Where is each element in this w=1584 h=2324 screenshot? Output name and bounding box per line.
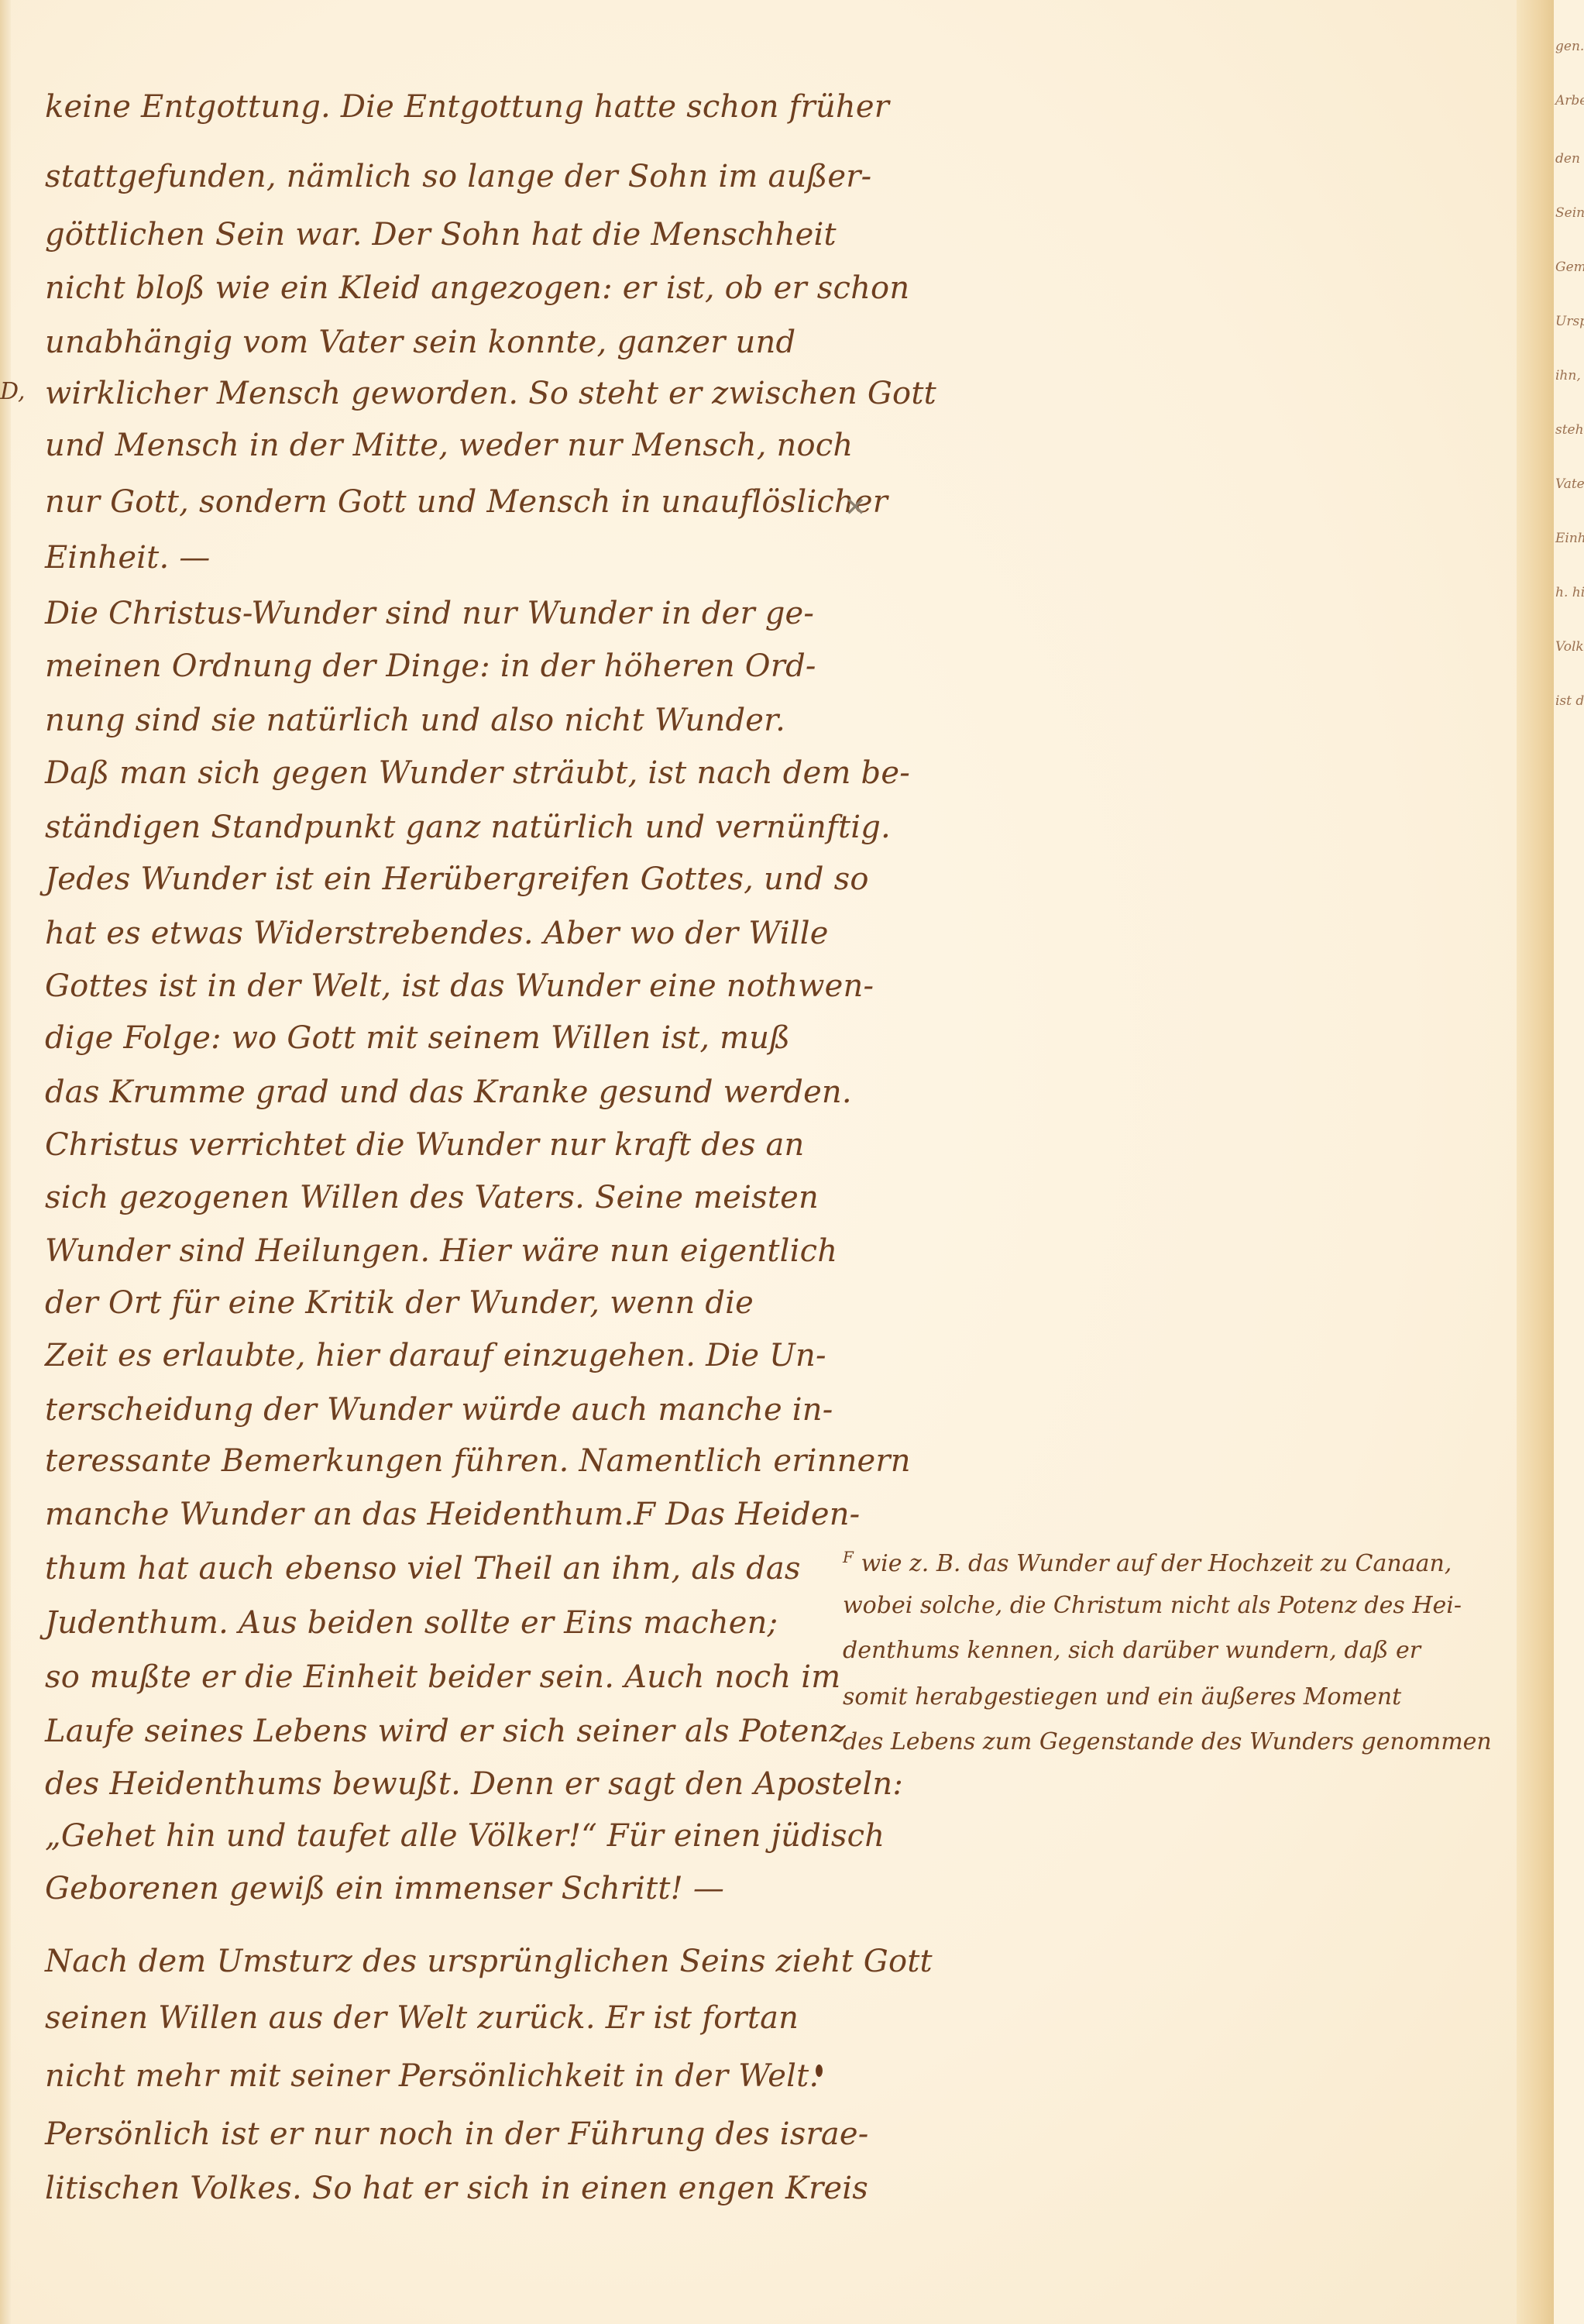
text-line: Die Christus-Wunder sind nur Wunder in d… bbox=[45, 598, 814, 629]
footnote-line: F wie z. B. das Wunder auf der Hochzeit … bbox=[843, 1549, 1452, 1576]
text-line: unabhängig vom Vater sein konnte, ganzer… bbox=[45, 327, 795, 358]
text-line: Gottes ist in der Welt, ist das Wunder e… bbox=[45, 971, 874, 1002]
next-page-fragment: Arbeit bbox=[1555, 93, 1584, 108]
book-gutter bbox=[1517, 0, 1554, 2324]
next-page-fragment: Volke bbox=[1555, 639, 1584, 655]
text-line: teressante Bemerkungen führen. Namentlic… bbox=[45, 1446, 911, 1477]
text-line: wirklicher Mensch geworden. So steht er … bbox=[45, 378, 936, 409]
text-line: sich gezogenen Willen des Vaters. Seine … bbox=[45, 1182, 819, 1213]
next-page-fragment: Ursprün bbox=[1555, 314, 1584, 329]
text-line: Einheit. — bbox=[45, 542, 210, 573]
text-line: seinen Willen aus der Welt zurück. Er is… bbox=[45, 2003, 799, 2033]
next-page-fragment: Sein b bbox=[1555, 205, 1584, 221]
next-page-fragment: Einheit bbox=[1555, 531, 1584, 546]
text-line: manche Wunder an das Heidenthum.F Das He… bbox=[45, 1499, 860, 1530]
text-line: meinen Ordnung der Dinge: in der höheren… bbox=[45, 651, 816, 682]
text-line: „Gehet hin und taufet alle Völker!“ Für … bbox=[45, 1820, 885, 1851]
text-line: Laufe seines Lebens wird er sich seiner … bbox=[45, 1716, 846, 1747]
text-line: der Ort für eine Kritik der Wunder, wenn… bbox=[45, 1287, 754, 1318]
footnote-marker: F bbox=[843, 1548, 854, 1566]
text-line: hat es etwas Widerstrebendes. Aber wo de… bbox=[45, 918, 829, 949]
text-line: thum hat auch ebenso viel Theil an ihm, … bbox=[45, 1553, 801, 1584]
next-page-fragment: Vater R bbox=[1555, 476, 1584, 492]
text-line: litischen Volkes. So hat er sich in eine… bbox=[45, 2173, 868, 2204]
next-page-fragment: h. hin- bbox=[1555, 585, 1584, 600]
text-line: Judenthum. Aus beiden sollte er Eins mac… bbox=[45, 1607, 778, 1638]
text-line: dige Folge: wo Gott mit seinem Willen is… bbox=[45, 1023, 790, 1054]
text-line: Daß man sich gegen Wunder sträubt, ist n… bbox=[45, 758, 910, 789]
text-line: so mußte er die Einheit beider sein. Auc… bbox=[45, 1662, 840, 1693]
next-page-fragment: den Pro bbox=[1555, 151, 1584, 167]
next-page-fragment: steht u bbox=[1555, 422, 1584, 438]
text-line: Christus verrichtet die Wunder nur kraft… bbox=[45, 1129, 805, 1160]
text-line: Nach dem Umsturz des ursprünglichen Sein… bbox=[45, 1946, 933, 1977]
text-line: nung sind sie natürlich und also nicht W… bbox=[45, 705, 785, 736]
text-line: keine Entgottung. Die Entgottung hatte s… bbox=[45, 91, 889, 122]
text-line: des Heidenthums bewußt. Denn er sagt den… bbox=[45, 1769, 903, 1800]
left-margin-mark: D, bbox=[0, 378, 26, 405]
footnote-line: denthums kennen, sich darüber wundern, d… bbox=[843, 1639, 1421, 1662]
ink-blot bbox=[816, 2064, 823, 2077]
text-line: ständigen Standpunkt ganz natürlich und … bbox=[45, 812, 891, 843]
footnote-line: wobei solche, die Christum nicht als Pot… bbox=[843, 1594, 1462, 1618]
margin-footnote: F wie z. B. das Wunder auf der Hochzeit … bbox=[837, 0, 1518, 2324]
text-line: das Krumme grad und das Kranke gesund we… bbox=[45, 1077, 852, 1108]
text-line: nur Gott, sondern Gott und Mensch in una… bbox=[45, 486, 888, 517]
footnote-line: somit herabgestiegen und ein äußeres Mom… bbox=[843, 1686, 1401, 1709]
next-page-fragment: gen. D bbox=[1555, 39, 1584, 54]
text-line: und Mensch in der Mitte, weder nur Mensc… bbox=[45, 430, 853, 461]
text-line: terscheidung der Wunder würde auch manch… bbox=[45, 1394, 833, 1425]
text-line: Zeit es erlaubte, hier darauf einzugehen… bbox=[45, 1340, 826, 1371]
text-line: Jedes Wunder ist ein Herübergreifen Gott… bbox=[45, 864, 869, 895]
footnote-text: wie z. B. das Wunder auf der Hochzeit zu… bbox=[861, 1550, 1452, 1577]
text-line: Wunder sind Heilungen. Hier wäre nun eig… bbox=[45, 1236, 837, 1267]
next-page-fragment: Gemein bbox=[1555, 260, 1584, 275]
text-line: Persönlich ist er nur noch in der Führun… bbox=[45, 2119, 868, 2150]
main-text-column: keine Entgottung. Die Entgottung hatte s… bbox=[0, 0, 837, 2324]
next-page-fragment: ihn, wa bbox=[1555, 368, 1584, 383]
next-page-edge: gen. D Arbeit den Pro Sein b Gemein Ursp… bbox=[1554, 0, 1584, 2324]
text-line: göttlichen Sein war. Der Sohn hat die Me… bbox=[45, 219, 837, 250]
text-line: nicht bloß wie ein Kleid angezogen: er i… bbox=[45, 273, 909, 304]
text-line: nicht mehr mit seiner Persönlichkeit in … bbox=[45, 2061, 819, 2092]
footnote-line: des Lebens zum Gegenstande des Wunders g… bbox=[843, 1731, 1492, 1754]
next-page-fragment: ist die bbox=[1555, 693, 1584, 709]
text-line: Geborenen gewiß ein immenser Schritt! — bbox=[45, 1873, 724, 1904]
text-line: stattgefunden, nämlich so lange der Sohn… bbox=[45, 161, 871, 192]
